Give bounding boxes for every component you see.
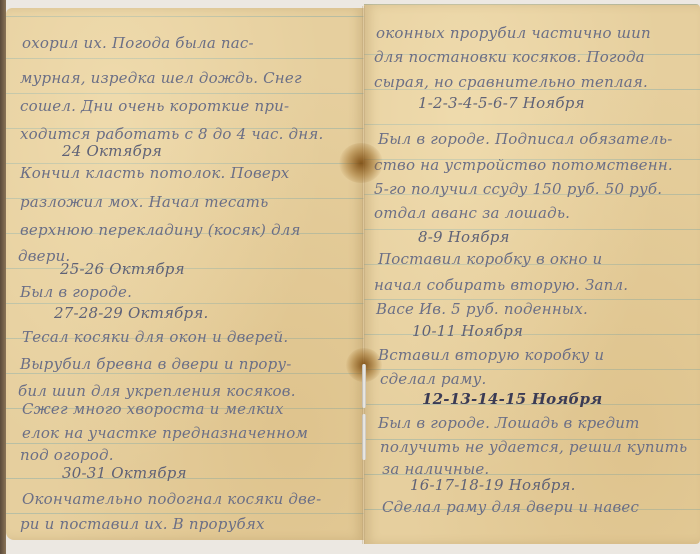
handwriting-line: елок на участке предназначенном	[22, 424, 308, 442]
date-heading: 24 Октября	[62, 142, 162, 160]
handwriting-line: охорил их. Погода была пас-	[22, 34, 254, 52]
handwriting-line: Вставил вторую коробку и	[378, 346, 604, 364]
handwriting-line: 5-го получил ссуду 150 руб. 50 руб.	[374, 180, 662, 198]
handwriting-line: Был в городе. Подписал обязатель-	[378, 130, 673, 148]
date-heading: 16-17-18-19 Ноября.	[410, 476, 576, 494]
handwriting-line: сделал раму.	[380, 370, 486, 388]
handwriting-line: Васе Ив. 5 руб. поденных.	[376, 300, 588, 318]
handwriting-line: оконных прорубил частично шип	[376, 24, 651, 42]
handwriting-line: ство на устройство потомственн.	[374, 156, 673, 174]
handwriting-line: Сделал раму для двери и навес	[382, 498, 639, 516]
handwriting-line: Тесал косяки для окон и дверей.	[22, 328, 288, 346]
date-heading: 12-13-14-15 Ноября	[422, 390, 602, 408]
handwriting-line: Кончил класть потолок. Поверх	[20, 164, 289, 182]
rust-stain	[339, 143, 383, 183]
handwriting-line: начал собирать вторую. Запл.	[374, 276, 628, 294]
staple	[362, 414, 366, 460]
handwriting-line: разложил мох. Начал тесать	[20, 193, 268, 211]
date-heading: 10-11 Ноября	[412, 322, 523, 340]
handwriting-line: для постановки косяков. Погода	[374, 48, 645, 66]
page-gutter	[362, 6, 365, 544]
date-heading: 1-2-3-4-5-6-7 Ноября	[418, 94, 585, 112]
handwriting-line: отдал аванс за лошадь.	[374, 204, 570, 222]
handwriting-line: ри и поставил их. В прорубях	[20, 515, 265, 533]
handwriting-line: верхнюю перекладину (косяк) для	[20, 221, 301, 239]
handwriting-line: сырая, но сравнительно теплая.	[374, 73, 648, 91]
handwriting-line: бил шип для укрепления косяков.	[18, 382, 296, 400]
handwriting-line: сошел. Дни очень короткие при-	[20, 97, 289, 115]
date-heading: 8-9 Ноября	[418, 228, 510, 246]
handwriting-line: Был в городе.	[20, 283, 132, 301]
staple	[362, 364, 366, 408]
handwriting-line: Вырубил бревна в двери и прору-	[20, 355, 292, 373]
handwriting-line: Сжег много хвороста и мелких	[22, 400, 284, 418]
date-heading: 30-31 Октября	[62, 464, 187, 482]
handwriting-line: Был в городе. Лошадь в кредит	[378, 414, 640, 432]
date-heading: 27-28-29 Октября.	[54, 304, 208, 322]
left-page: охорил их. Погода была пас- мурная, изре…	[6, 8, 364, 540]
handwriting-line: получить не удается, решил купить	[380, 438, 687, 456]
handwriting-line: ходится работать с 8 до 4 час. дня.	[20, 125, 323, 143]
handwriting-line: под огород.	[20, 446, 114, 464]
handwriting-line: Окончательно подогнал косяки две-	[22, 490, 321, 508]
date-heading: 25-26 Октября	[60, 260, 185, 278]
handwriting-line: мурная, изредка шел дождь. Снег	[20, 69, 302, 87]
notebook-photo: охорил их. Погода была пас- мурная, изре…	[0, 0, 700, 554]
right-page: оконных прорубил частично шип для постан…	[364, 4, 700, 544]
handwriting-line: Поставил коробку в окно и	[378, 250, 602, 268]
